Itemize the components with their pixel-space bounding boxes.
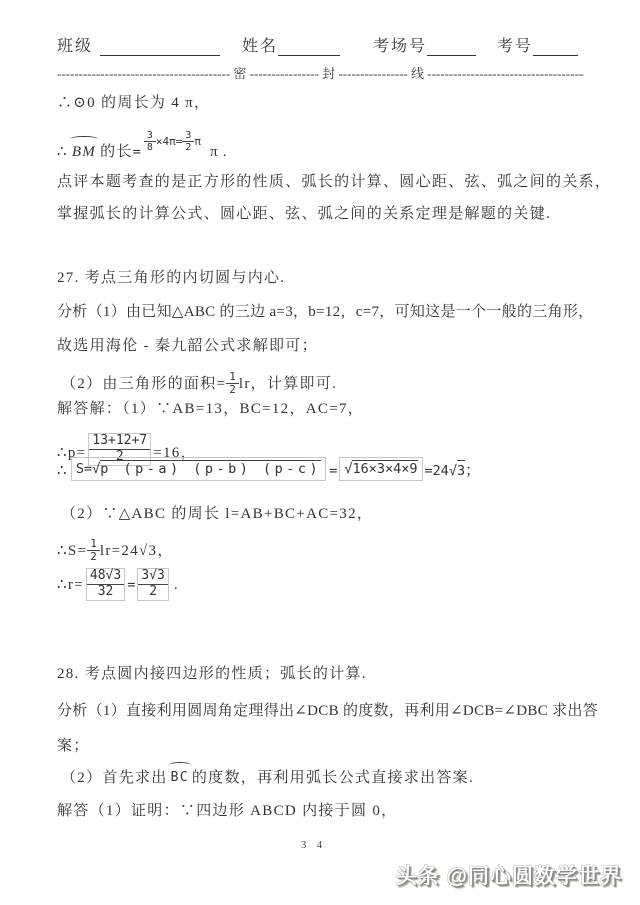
header-label-name: 姓名 (242, 33, 278, 56)
numerator: 13+12+7 (89, 434, 150, 450)
arc-length-formula: 3 8 ×4π= 3 2 π (144, 130, 201, 153)
q27-heron-formula-line: ∴ S=√p (p-a) (p-b) (p-c) = √16×3×4×9 =24… (57, 461, 481, 481)
text-segment: lr=24√3， (100, 541, 174, 561)
numerator: 3√3 (138, 569, 167, 585)
equation-box-heron: S=√p (p-a) (p-b) (p-c) (71, 457, 326, 481)
radicand: 3 (457, 460, 465, 481)
blank-line-name (278, 40, 340, 56)
text-segment: ∴S= (57, 541, 87, 561)
q26-comment-line-1: 点评本题考查的是正方形的性质、弧长的计算、圆心距、弦、弧之间的关系， (57, 172, 611, 192)
therefore-symbol: ∴ (57, 142, 68, 162)
denominator: 2 (182, 142, 194, 153)
text-segment: lr，计算即可. (239, 374, 337, 394)
q28-title: 28. 考点圆内接四边形的性质；弧长的计算. (57, 664, 367, 684)
fraction: 3 8 (144, 130, 156, 153)
numerator: 1 (226, 371, 239, 385)
numerator: 1 (87, 538, 100, 552)
q27-title: 27. 考点三角形的内切圆与内心. (57, 268, 285, 288)
equation-box-product: √16×3×4×9 (339, 457, 422, 481)
denominator: 8 (144, 142, 156, 153)
q26-comment-line-2: 掌握弧长的计算公式、圆心距、弦、弧之间的关系定理是解题的关键. (57, 204, 551, 224)
q27-solution-head: 解答解：（1）∵AB=13，BC=12，AC=7， (57, 399, 364, 419)
therefore-symbol: ∴ (57, 461, 68, 481)
text-segment: （2）由三角形的面积= (61, 374, 226, 394)
seal-char-feng: 封 (322, 66, 335, 81)
q27-analysis-line-1: 分析（1）由已知△ABC 的三边 a=3，b=12，c=7，可知这是一个一般的三… (57, 302, 593, 322)
q28-analysis-line-1: 分析（1）直接利用圆周角定理得出∠DCB 的度数，再利用∠DCB=∠DBC 求出… (57, 701, 598, 721)
text-segment: S= (76, 461, 92, 477)
arc-BM: BM (71, 142, 97, 162)
radical-sign: √ (449, 461, 457, 481)
header-label-class: 班级 (57, 33, 93, 56)
text-segment: =24 (425, 461, 449, 481)
text-segment: ∴r= (57, 575, 84, 595)
arc-BC: BC (170, 768, 190, 788)
numerator: 3 (182, 130, 194, 142)
q26-arc-length-line: ∴ BM 的长 = 3 8 ×4π= 3 2 π π . (57, 142, 228, 162)
denominator: 2 (226, 384, 239, 397)
fraction-one-half: 1 2 (87, 538, 100, 564)
radicand: p (p-a) (p-b) (p-c) (100, 460, 321, 477)
text-segment: 的度数，再利用弧长公式直接求出答案. (192, 768, 474, 788)
denominator: 2 (87, 551, 100, 564)
seal-dashes: ---------------------------------------- (57, 66, 230, 81)
equals-sign: = (127, 575, 135, 595)
seal-dashes: ---------------- (250, 66, 319, 81)
seal-dashes: ----------------------------------------… (427, 66, 584, 81)
header-label-number: 考号 (497, 33, 533, 56)
q28-analysis-part2-line: （2）首先求出 BC 的度数，再利用弧长公式直接求出答案. (61, 768, 474, 788)
text-segment: ×4π= (156, 132, 183, 152)
q28-solution-line: 解答（1）证明：∵四边形 ABCD 内接于圆 0， (57, 801, 397, 821)
numerator: 48√3 (87, 569, 124, 585)
watermark-toutiao: 头条 @同心圆数学世界 (396, 860, 622, 890)
text-segment: （2）首先求出 (61, 768, 168, 788)
blank-line-room (427, 40, 476, 56)
fraction-one-half: 1 2 (226, 371, 239, 397)
seal-char-mi: 密 (233, 66, 246, 81)
equals-sign: = (329, 461, 337, 481)
header-label-room: 考场号 (373, 33, 427, 56)
page-number: 3 4 (301, 840, 326, 851)
q28-analysis-line-2: 案； (57, 736, 90, 756)
q27-r-value-line: ∴r= 48√3 32 = 3√3 2 . (57, 575, 179, 595)
pi-symbol: π (194, 132, 201, 152)
numerator: 3 (144, 130, 156, 142)
seal-char-xian: 线 (411, 66, 424, 81)
q27-analysis-part2-line: （2）由三角形的面积= 1 2 lr，计算即可. (61, 374, 337, 394)
denominator: 2 (138, 585, 167, 600)
q27-area-equation-line: ∴S= 1 2 lr=24√3， (57, 541, 174, 561)
period: . (174, 575, 179, 595)
denominator: 32 (87, 585, 124, 600)
q27-part2-line: （2）∵△ABC 的周长 l=AB+BC+AC=32， (61, 504, 373, 524)
seal-line: ----------------------------------------… (57, 63, 584, 82)
fraction-r-result: 3√3 2 (137, 568, 168, 601)
seal-dashes: ---------------- (338, 66, 407, 81)
fraction: 3 2 (182, 130, 194, 153)
radicand: 16×3×4×9 (352, 460, 417, 477)
blank-line-number (533, 40, 578, 56)
blank-line-class (100, 40, 220, 56)
q26-circumference-line: ∴⊙0 的周长为 4 π， (57, 93, 210, 113)
period: . (223, 142, 228, 162)
q27-analysis-line-2: 故选用海伦 - 秦九韶公式求解即可； (57, 336, 318, 356)
header-fill-in-row: 班级 姓名 考场号 考号 (57, 33, 585, 56)
pi-symbol: π (210, 142, 219, 162)
exam-solution-page: 班级 姓名 考场号 考号 ---------------------------… (0, 0, 640, 905)
equals-sign: = (133, 142, 141, 162)
text-segment: 的长 (100, 142, 133, 162)
semicolon: ； (465, 461, 481, 481)
fraction-r: 48√3 32 (86, 568, 125, 601)
